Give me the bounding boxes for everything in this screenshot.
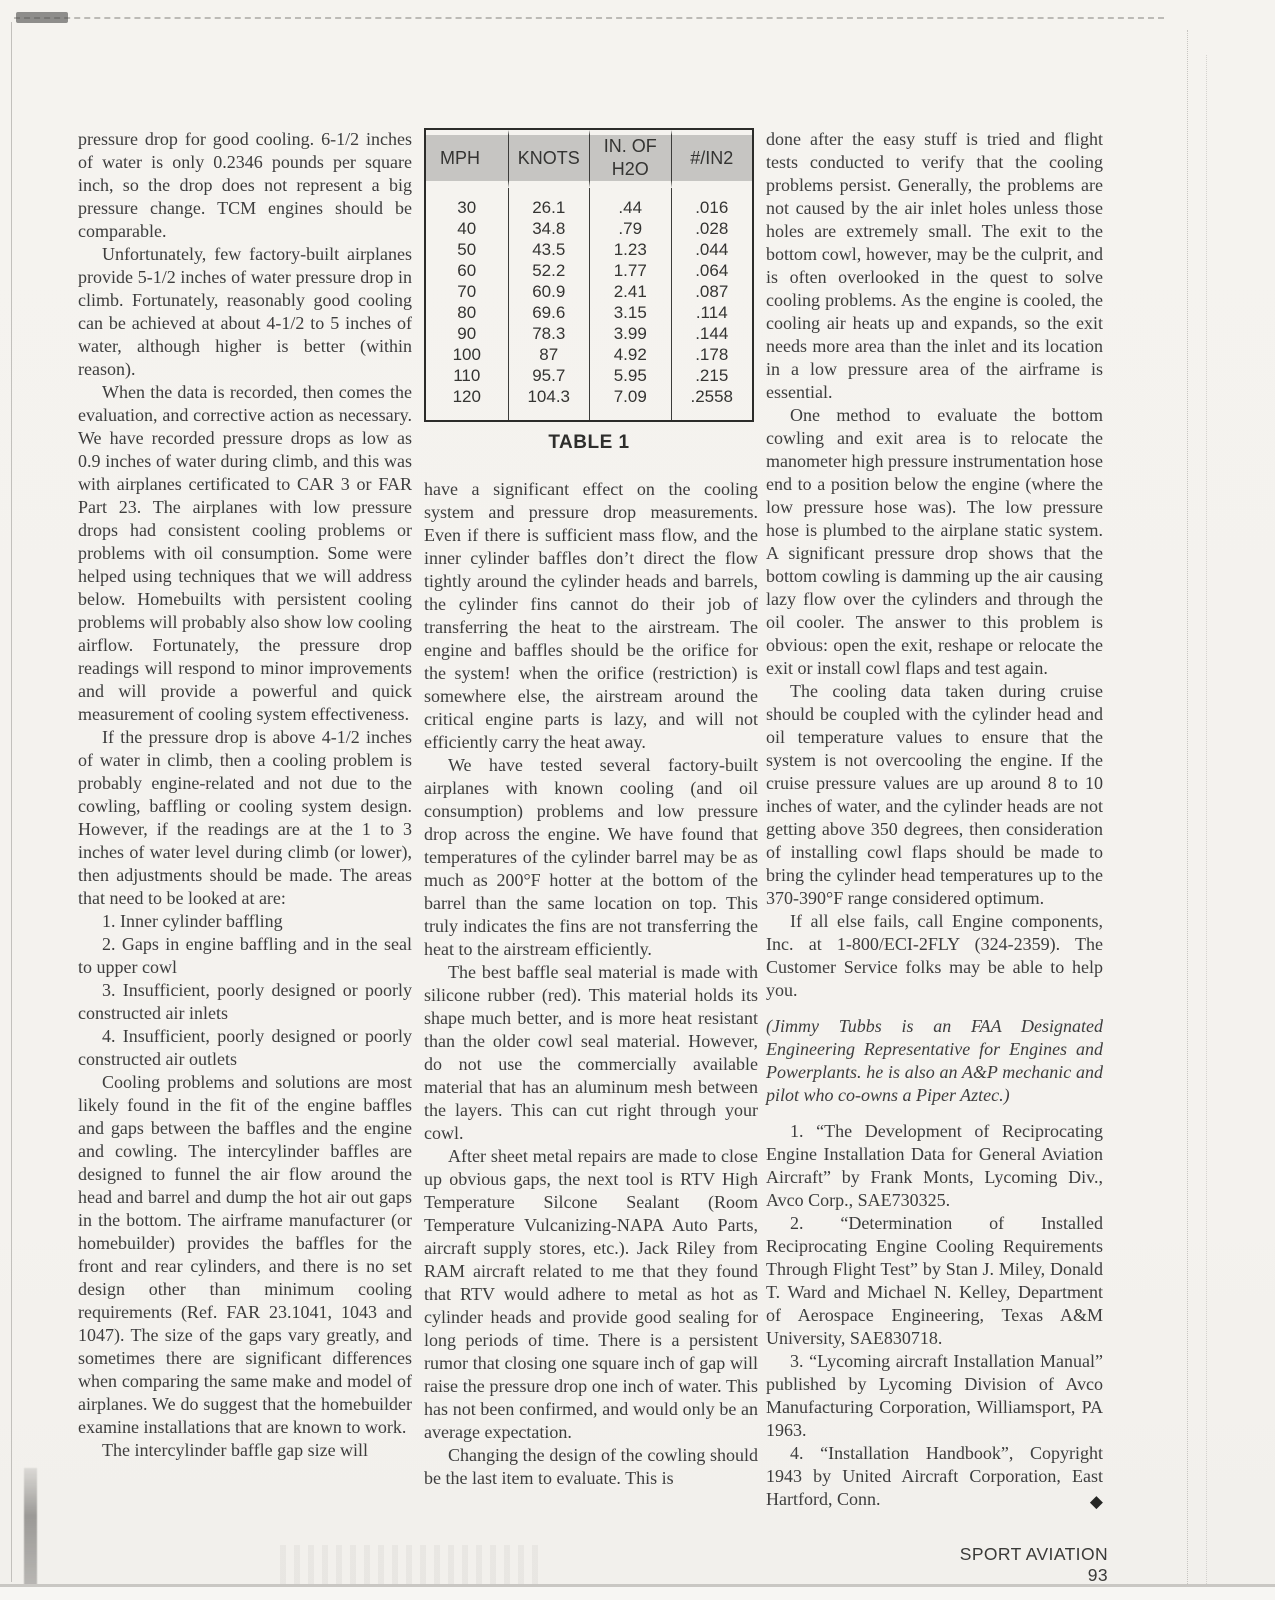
table-cell: 3.15 [589,302,671,323]
body-paragraph: One method to evaluate the bottom cowlin… [766,404,1103,680]
body-paragraph: Changing the design of the cowling shoul… [424,1444,758,1490]
table-cell: .2558 [671,386,753,420]
body-paragraph: When the data is recorded, then comes th… [78,381,412,726]
table-cell: 80 [426,302,508,323]
author-note: (Jimmy Tubbs is an FAA Designated Engine… [766,1015,1103,1107]
scan-artifact-left-edge [11,22,12,1582]
list-item: 2. Gaps in engine baffling and in the se… [78,933,412,979]
table-cell: .144 [671,323,753,344]
table-cell: .79 [589,218,671,239]
table-row: 9078.33.99.144 [426,323,752,344]
table-row: 3026.1.44.016 [426,188,752,218]
table-row: 5043.51.23.044 [426,239,752,260]
table-cell: .44 [589,188,671,218]
body-paragraph: After sheet metal repairs are made to cl… [424,1145,758,1444]
table-cell: 60.9 [508,281,590,302]
body-paragraph: Unfortunately, few factory-built airplan… [78,243,412,381]
table-cell: 40 [426,218,508,239]
table-row: 8069.63.15.114 [426,302,752,323]
table-cell: .087 [671,281,753,302]
table-header-row: MPH KNOTS IN. OF H2O #/IN2 [426,130,752,188]
table-cell: 3.99 [589,323,671,344]
table-cell: 7.09 [589,386,671,420]
body-paragraph: The best baffle seal material is made wi… [424,961,758,1145]
body-paragraph: We have tested several factory-built air… [424,754,758,961]
column-left: pressure drop for good cooling. 6-1/2 in… [78,128,412,1462]
table-cell: 43.5 [508,239,590,260]
table-cell: .044 [671,239,753,260]
scan-artifact-bottom-strip [0,1587,1275,1600]
table-cell: 60 [426,260,508,281]
scan-artifact-top-smudge [16,12,68,23]
table-cell: .114 [671,302,753,323]
list-item: 1. Inner cylinder baffling [78,910,412,933]
table-header-cell: #/IN2 [671,130,753,188]
table-cell: 90 [426,323,508,344]
reference-text: 4. “Installation Handbook”, Copyright 19… [766,1443,1103,1509]
table-cell: 110 [426,365,508,386]
table-cell: 120 [426,386,508,420]
table-header-cell: KNOTS [508,130,590,188]
page-footer: SPORT AVIATION 93 [938,1544,1108,1586]
body-paragraph: have a significant effect on the cooling… [424,478,758,754]
body-paragraph: If the pressure drop is above 4-1/2 inch… [78,726,412,910]
body-paragraph: The intercylinder baffle gap size will [78,1439,412,1462]
table-cell: 1.23 [589,239,671,260]
table-cell: 69.6 [508,302,590,323]
table-header-cell: MPH [426,130,508,188]
speed-pressure-table: MPH KNOTS IN. OF H2O #/IN2 3026.1.44.016… [424,128,754,422]
scan-artifact-right-edge [1187,30,1189,1600]
body-paragraph: Cooling problems and solutions are most … [78,1071,412,1439]
table-cell: .178 [671,344,753,365]
table-cell: 50 [426,239,508,260]
magazine-page: pressure drop for good cooling. 6-1/2 in… [0,0,1275,1600]
table-cell: 52.2 [508,260,590,281]
table-cell: 70 [426,281,508,302]
scan-artifact-top-line [14,17,1164,19]
table-cell: 30 [426,188,508,218]
scan-artifact-smear [280,1545,540,1585]
table-cell: .028 [671,218,753,239]
table-cell: 1.77 [589,260,671,281]
table-row: 100874.92.178 [426,344,752,365]
table-cell: 2.41 [589,281,671,302]
table-row: 4034.8.79.028 [426,218,752,239]
table-cell: .064 [671,260,753,281]
table-cell: 78.3 [508,323,590,344]
table-cell: 87 [508,344,590,365]
table-cell: 104.3 [508,386,590,420]
scan-artifact-bottom-smudge [24,1468,37,1588]
body-paragraph: The cooling data taken during cruise sho… [766,680,1103,910]
table-cell: 34.8 [508,218,590,239]
table-row: 11095.75.95.215 [426,365,752,386]
data-table-wrap: MPH KNOTS IN. OF H2O #/IN2 3026.1.44.016… [424,128,754,454]
table-cell: 100 [426,344,508,365]
table-row: 7060.92.41.087 [426,281,752,302]
end-of-article-diamond-icon: ◆ [1066,1493,1103,1510]
table-row: 120104.37.09.2558 [426,386,752,420]
body-paragraph: pressure drop for good cooling. 6-1/2 in… [78,128,412,243]
table-cell: 26.1 [508,188,590,218]
reference-item: 1. “The Development of Reciprocating Eng… [766,1120,1103,1212]
table-cell: 95.7 [508,365,590,386]
body-paragraph: done after the easy stuff is tried and f… [766,128,1103,404]
table-cell: 4.92 [589,344,671,365]
reference-item: 4. “Installation Handbook”, Copyright 19… [766,1442,1103,1511]
list-item: 4. Insufficient, poorly designed or poor… [78,1025,412,1071]
table-row: 6052.21.77.064 [426,260,752,281]
reference-item: 3. “Lycoming aircraft Installation Manua… [766,1350,1103,1442]
list-item: 3. Insufficient, poorly designed or poor… [78,979,412,1025]
table-cell: .215 [671,365,753,386]
body-paragraph: If all else fails, call Engine component… [766,910,1103,1002]
scan-artifact-right-edge [1206,55,1208,1600]
column-middle: MPH KNOTS IN. OF H2O #/IN2 3026.1.44.016… [424,128,758,1490]
table-caption: TABLE 1 [424,431,754,454]
column-right: done after the easy stuff is tried and f… [766,128,1103,1511]
table-cell: .016 [671,188,753,218]
reference-item: 2. “Determination of Installed Reciproca… [766,1212,1103,1350]
table-cell: 5.95 [589,365,671,386]
table-header-cell: IN. OF H2O [589,130,671,188]
